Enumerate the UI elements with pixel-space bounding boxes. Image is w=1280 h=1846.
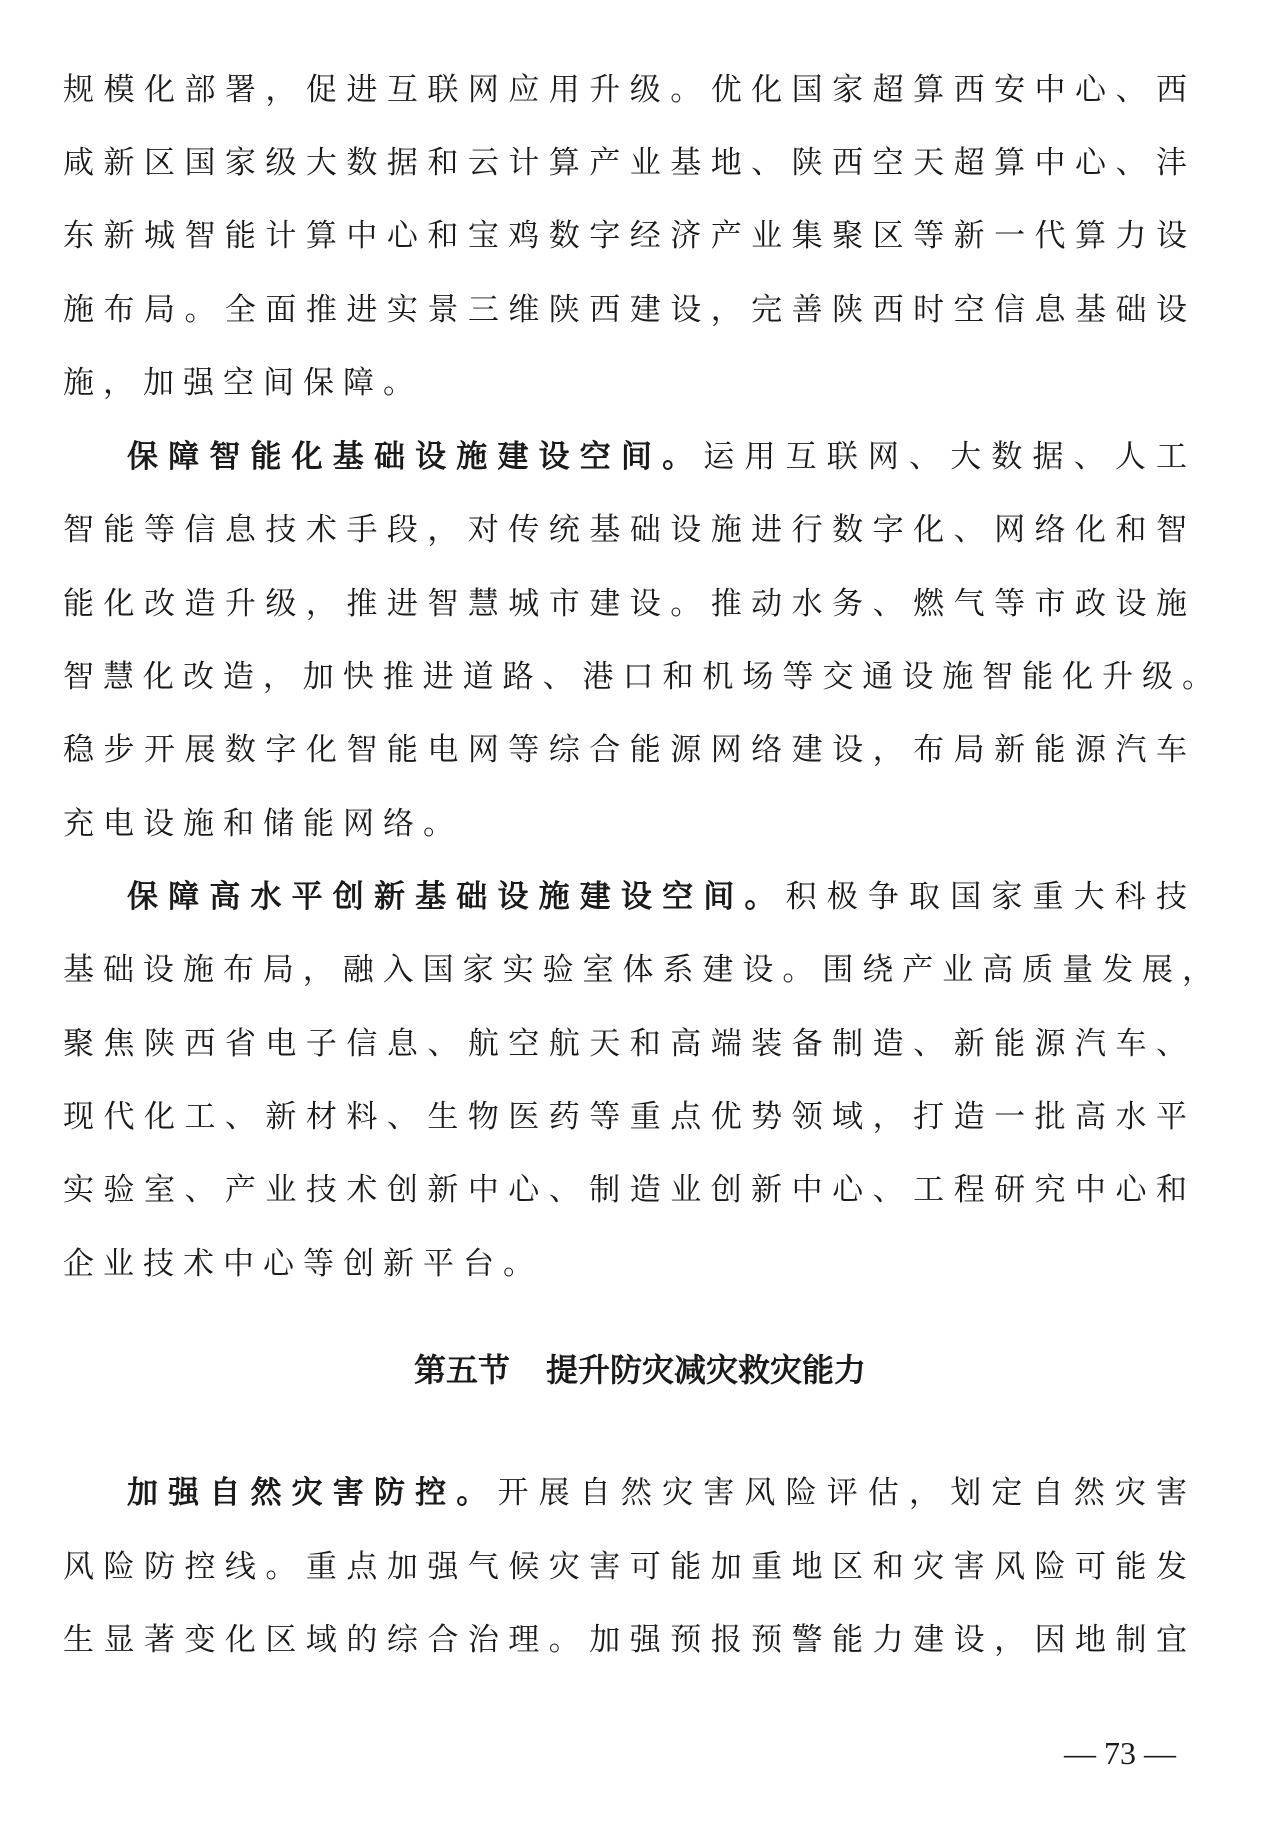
- body-line: 东新城智能计算中心和宝鸡数字经济产业集聚区等新一代算力设: [63, 214, 1187, 258]
- paragraph-first-line: 加强自然灾害防控。开展自然灾害风险评估，划定自然灾害: [127, 1471, 1187, 1515]
- body-line: 充电设施和储能网络。: [63, 802, 1187, 846]
- paragraph-first-line-text: 运用互联网、大数据、人工: [703, 439, 1187, 475]
- body-line: 规模化部署，促进互联网应用升级。优化国家超算西安中心、西: [63, 68, 1187, 112]
- paragraph-lead-heading: 保障高水平创新基础设施建设空间。: [127, 879, 786, 915]
- paragraph-lead-heading: 保障智能化基础设施建设空间。: [127, 439, 703, 475]
- section-number: 第五节: [414, 1351, 510, 1389]
- paragraph-first-line-text: 开展自然灾害风险评估，划定自然灾害: [497, 1475, 1187, 1511]
- paragraph-first-line-text: 积极争取国家重大科技: [786, 879, 1187, 915]
- body-line: 智能等信息技术手段，对传统基础设施进行数字化、网络化和智: [63, 508, 1187, 552]
- page-number: — 73 —: [1040, 1733, 1200, 1773]
- body-line: 基础设施布局，融入国家实验室体系建设。围绕产业高质量发展，: [63, 948, 1213, 992]
- body-line: 实验室、产业技术创新中心、制造业创新中心、工程研究中心和: [63, 1168, 1187, 1212]
- paragraph-lead-heading: 加强自然灾害防控。: [127, 1475, 497, 1511]
- body-line: 施布局。全面推进实景三维陕西建设，完善陕西时空信息基础设: [63, 288, 1187, 332]
- paragraph-first-line: 保障高水平创新基础设施建设空间。积极争取国家重大科技: [127, 875, 1187, 919]
- section-title: 提升防灾减灾救灾能力: [546, 1351, 866, 1389]
- body-line: 智慧化改造，加快推进道路、港口和机场等交通设施智能化升级。: [63, 655, 1213, 699]
- body-line: 施，加强空间保障。: [63, 361, 1187, 405]
- body-line: 现代化工、新材料、生物医药等重点优势领域，打造一批高水平: [63, 1095, 1187, 1139]
- body-line: 风险防控线。重点加强气候灾害可能加重地区和灾害风险可能发: [63, 1545, 1187, 1589]
- body-line: 稳步开展数字化智能电网等综合能源网络建设，布局新能源汽车: [63, 728, 1187, 772]
- body-line: 生显著变化区域的综合治理。加强预报预警能力建设，因地制宜: [63, 1618, 1187, 1662]
- body-line: 聚焦陕西省电子信息、航空航天和高端装备制造、新能源汽车、: [63, 1022, 1187, 1066]
- body-line: 能化改造升级，推进智慧城市建设。推动水务、燃气等市政设施: [63, 582, 1187, 626]
- section-heading: 第五节提升防灾减灾救灾能力: [0, 1348, 1280, 1392]
- body-line: 企业技术中心等创新平台。: [63, 1242, 1187, 1286]
- document-page: 规模化部署，促进互联网应用升级。优化国家超算西安中心、西 咸新区国家级大数据和云…: [0, 0, 1280, 1846]
- body-line: 咸新区国家级大数据和云计算产业基地、陕西空天超算中心、沣: [63, 141, 1187, 185]
- paragraph-first-line: 保障智能化基础设施建设空间。运用互联网、大数据、人工: [127, 435, 1187, 479]
